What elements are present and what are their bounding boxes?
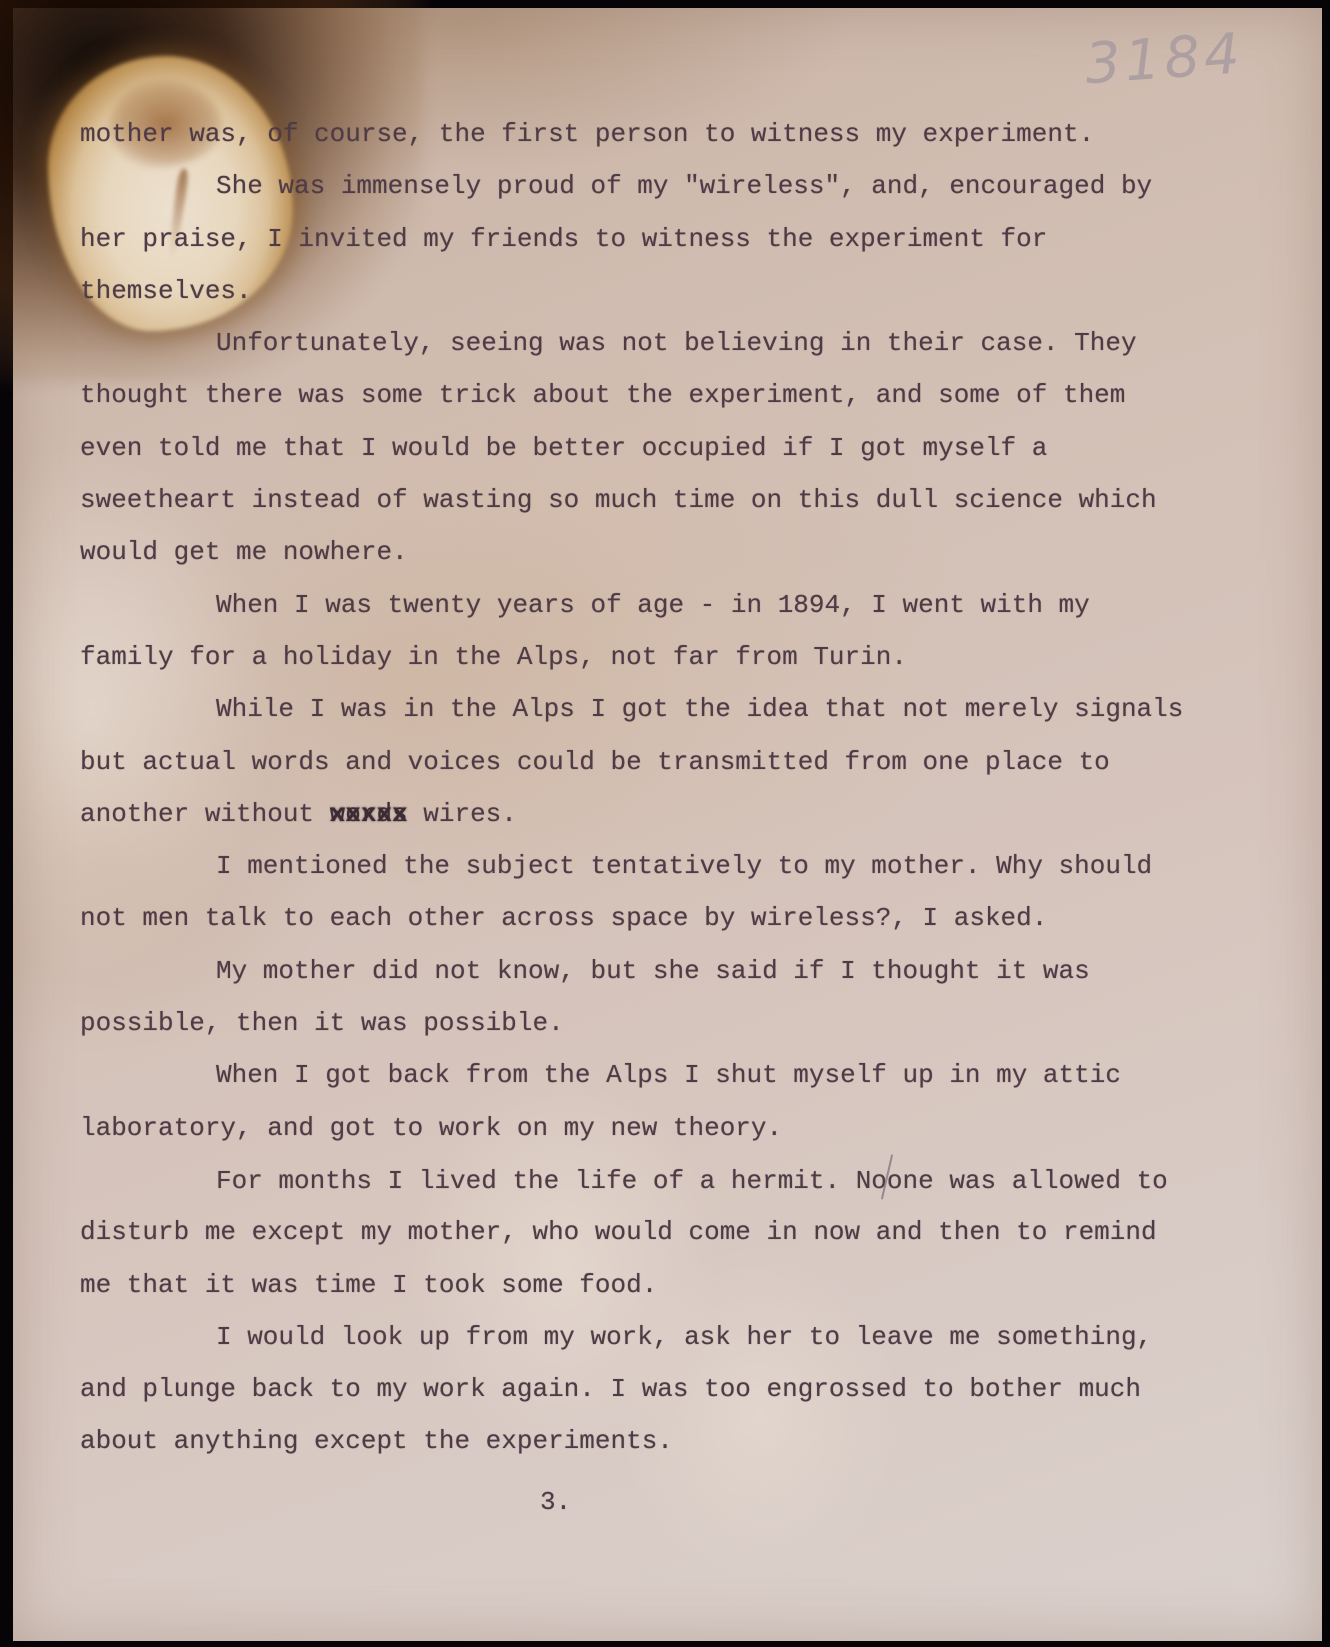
typed-text-segment: When I was twenty years of age - in 1894… — [216, 590, 1090, 620]
typed-line: me that it was time I took some food. — [80, 1259, 1260, 1311]
typed-line: My mother did not know, but she said if … — [80, 945, 1260, 997]
typed-text-segment: another without — [80, 799, 330, 829]
typed-text-segment: family for a holiday in the Alps, not fa… — [80, 642, 907, 672]
typed-line: disturb me except my mother, who would c… — [80, 1206, 1260, 1258]
typed-line: her praise, I invited my friends to witn… — [80, 213, 1260, 265]
document-page: 3184 mother was, of course, the first pe… — [13, 8, 1322, 1641]
typed-line: Unfortunately, seeing was not believing … — [80, 317, 1260, 369]
typed-text-segment: her praise, I invited my friends to witn… — [80, 224, 1047, 254]
typed-text-segment: My mother did not know, but she said if … — [216, 956, 1090, 986]
typed-text-segment: laboratory, and got to work on my new th… — [80, 1113, 782, 1143]
typed-line: would get me nowhere. — [80, 526, 1260, 578]
typed-line: laboratory, and got to work on my new th… — [80, 1102, 1260, 1154]
typed-text-segment: When I got back from the Alps I shut mys… — [216, 1060, 1121, 1090]
typed-text-segment: but actual words and voices could be tra… — [80, 747, 1110, 777]
typed-text-segment: While I was in the Alps I got the idea t… — [216, 694, 1183, 724]
typed-text-segment: disturb me except my mother, who would c… — [80, 1217, 1157, 1247]
typed-text-segment: mother was, of course, the first person … — [80, 119, 1094, 149]
typed-line: and plunge back to my work again. I was … — [80, 1363, 1260, 1415]
typed-line: but actual words and voices could be tra… — [80, 736, 1260, 788]
typed-text-segment: me that it was time I took some food. — [80, 1270, 657, 1300]
typed-line: I mentioned the subject tentatively to m… — [80, 840, 1260, 892]
typed-text-segment: I mentioned the subject tentatively to m… — [216, 851, 1152, 881]
typed-text-segment: possible, then it was possible. — [80, 1008, 564, 1038]
typed-line: I would look up from my work, ask her to… — [80, 1311, 1260, 1363]
page-number: 3. — [540, 1476, 571, 1528]
typed-line: sweetheart instead of wasting so much ti… — [80, 474, 1260, 526]
typed-text-segment: For months I lived the life of a hermit.… — [216, 1166, 887, 1196]
typed-text-segment: even told me that I would be better occu… — [80, 433, 1047, 463]
typed-text-segment: not men talk to each other across space … — [80, 903, 1047, 933]
typed-text-segment: and plunge back to my work again. I was … — [80, 1374, 1141, 1404]
typed-text-segment: wires. — [408, 799, 517, 829]
typed-line: even told me that I would be better occu… — [80, 422, 1260, 474]
typed-text-segment: Unfortunately, seeing was not believing … — [216, 328, 1137, 358]
typed-line: family for a holiday in the Alps, not fa… — [80, 631, 1260, 683]
typed-line: While I was in the Alps I got the idea t… — [80, 683, 1260, 735]
typed-text: mother was, of course, the first person … — [80, 108, 1260, 1468]
typed-line: For months I lived the life of a hermit.… — [80, 1154, 1260, 1206]
typed-text-segment: sweetheart instead of wasting so much ti… — [80, 485, 1157, 515]
typed-text-segment: one was allowed to — [887, 1166, 1168, 1196]
scan-background: { "page": { "handwritten_number": "3184"… — [0, 0, 1330, 1647]
typed-line: When I got back from the Alps I shut mys… — [80, 1049, 1260, 1101]
struck-word: wordsxxxxx — [330, 788, 408, 840]
typed-line: not men talk to each other across space … — [80, 892, 1260, 944]
typed-text-segment: about anything except the experiments. — [80, 1426, 673, 1456]
typed-text-segment: thought there was some trick about the e… — [80, 380, 1125, 410]
typed-text-segment: themselves. — [80, 276, 252, 306]
typed-line: about anything except the experiments. — [80, 1415, 1260, 1467]
typed-text-segment: would get me nowhere. — [80, 537, 408, 567]
typed-line: When I was twenty years of age - in 1894… — [80, 579, 1260, 631]
typed-line: She was immensely proud of my "wireless"… — [80, 160, 1260, 212]
typed-line: possible, then it was possible. — [80, 997, 1260, 1049]
handwritten-archive-number: 3184 — [1083, 20, 1267, 97]
typed-line: themselves. — [80, 265, 1260, 317]
typed-line: thought there was some trick about the e… — [80, 369, 1260, 421]
typed-text-segment: I would look up from my work, ask her to… — [216, 1322, 1152, 1352]
typed-line: mother was, of course, the first person … — [80, 108, 1260, 160]
typed-text-segment: She was immensely proud of my "wireless"… — [216, 171, 1152, 201]
typed-line: another without wordsxxxxx wires. — [80, 788, 1260, 840]
